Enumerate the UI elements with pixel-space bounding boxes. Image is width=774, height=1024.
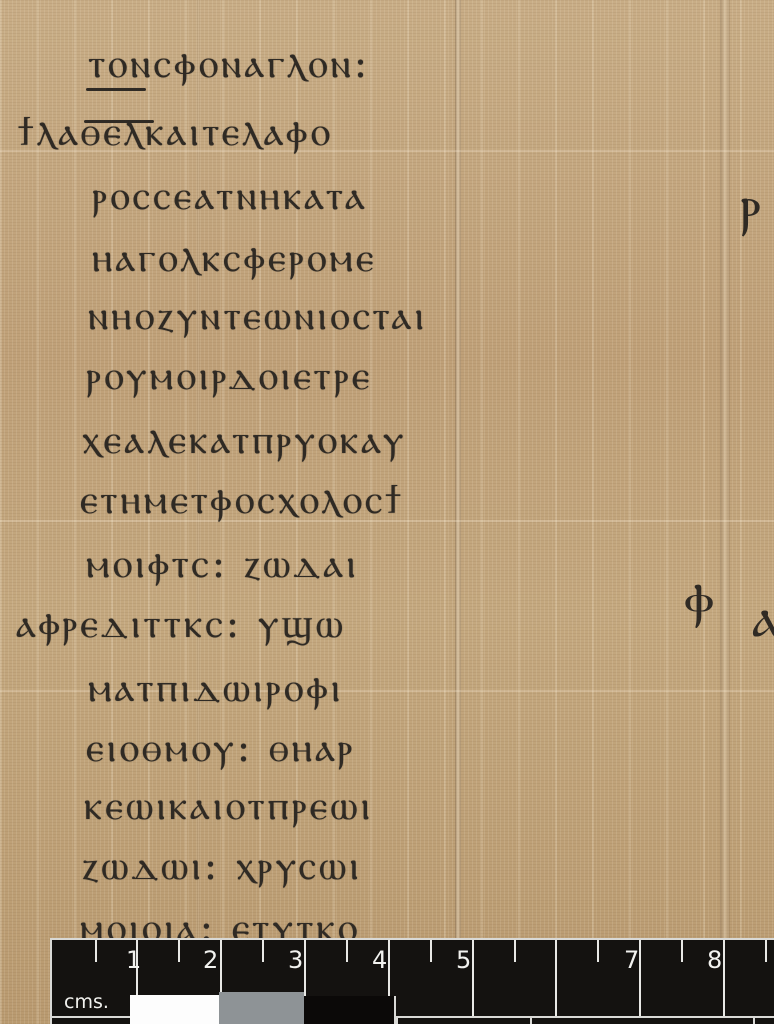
scribal-overline <box>84 120 154 123</box>
scribal-overline <box>86 88 146 91</box>
right-margin-fragment: ⲣ <box>740 178 761 234</box>
manuscript-line-3: ⲣⲟⲥⲥⲉⲁⲧⲛⲏⲕⲁⲧⲁ <box>92 176 368 216</box>
ruler-lower-divider <box>396 1018 398 1024</box>
papyrus-vertical-fold <box>455 0 461 940</box>
ruler-major-tick <box>555 940 557 1018</box>
color-patch-black <box>304 996 396 1024</box>
manuscript-line-13: ⲕⲉⲱⲓⲕⲁⲓⲟⲧⲡⲣⲉⲱⲓ <box>84 786 373 826</box>
ruler-cm-label: 5 <box>456 948 471 972</box>
manuscript-line-4: ⲏⲁⲅⲟⲗⲕⲥⲫⲉⲣⲟⲙⲉ <box>92 238 377 278</box>
ruler-half-tick <box>597 940 599 962</box>
manuscript-line-1: ⲧⲟⲛⲥⲫⲟⲛⲁⲅⲗⲟⲛ: <box>88 44 370 84</box>
ruler-major-tick <box>723 940 725 1018</box>
ruler-cm-label: 7 <box>624 948 639 972</box>
ruler-half-tick <box>95 940 97 962</box>
manuscript-line-12: ⲉⲓⲟⲑⲙⲟⲩ: ⲑⲏⲁⲣ <box>86 728 355 768</box>
ruler-lower-divider <box>530 1018 532 1024</box>
ruler-cm-label: 8 <box>707 948 722 972</box>
ruler-cm-label: 4 <box>372 948 387 972</box>
manuscript-line-8: ⲉⲧⲏⲙⲉⲧⲫⲟⲥⲭⲟⲗⲟⲥϯ <box>80 480 404 520</box>
ruler-lower-divider <box>753 1018 755 1024</box>
ruler-cm-label: 3 <box>288 948 303 972</box>
manuscript-line-9: ⲙⲟⲓⲫⲧⲥ: ⲍⲱⲇⲁⲓ <box>86 544 359 584</box>
papyrus-fragment: ⲧⲟⲛⲥⲫⲟⲛⲁⲅⲗⲟⲛ:ϯⲗⲁⲑⲉⲗⲕⲁⲓⲧⲉⲗⲁⲫⲟⲣⲟⲥⲥⲉⲁⲧⲛⲏⲕⲁⲧ… <box>0 0 774 1024</box>
ruler-half-tick <box>430 940 432 962</box>
ruler-cm-label: 1 <box>126 948 141 972</box>
ruler-half-tick <box>262 940 264 962</box>
ruler-major-tick <box>472 940 474 1018</box>
ruler-half-tick <box>178 940 180 962</box>
right-margin-fragment-lower: ⲁ <box>752 590 774 646</box>
scale-ruler: 1234578 cms. <box>50 938 774 1024</box>
right-margin-phi-cross: ⲫ <box>684 570 714 626</box>
ruler-half-tick <box>765 940 767 962</box>
manuscript-line-2: ϯⲗⲁⲑⲉⲗⲕⲁⲓⲧⲉⲗⲁⲫⲟ <box>18 112 333 152</box>
ruler-half-tick <box>681 940 683 962</box>
color-patch-white <box>130 995 219 1024</box>
color-patch-gray <box>219 992 304 1024</box>
manuscript-line-11: ⲙⲁⲧⲡⲓⲇⲱⲓⲣⲟⲫⲓ <box>88 668 343 708</box>
ruler-half-tick <box>514 940 516 962</box>
ruler-cm-label: 2 <box>203 948 218 972</box>
manuscript-line-6: ⲣⲟⲩⲙⲟⲓⲣⲇⲟⲓⲉⲧⲣⲉ <box>86 356 372 396</box>
ruler-major-tick <box>639 940 641 1018</box>
manuscript-line-7: ⲭⲉⲁⲗⲉⲕⲁⲧⲡⲣⲩⲟⲕⲁⲩ <box>82 420 407 460</box>
ruler-half-tick <box>346 940 348 962</box>
manuscript-line-10: ⲁⲫⲣⲉⲇⲓⲧⲧⲕⲥ: ⲩϣⲱ <box>16 604 346 644</box>
papyrus-right-tear <box>720 0 730 940</box>
manuscript-line-5: ⲛⲏⲟⲍⲩⲛⲧⲉⲱⲛⲓⲟⲥⲧⲁⲓ <box>88 296 427 336</box>
ruler-unit-label: cms. <box>64 993 109 1012</box>
manuscript-line-14: ⲍⲱⲇⲱⲓ: ⲭⲣⲩⲥⲱⲓ <box>82 846 362 886</box>
